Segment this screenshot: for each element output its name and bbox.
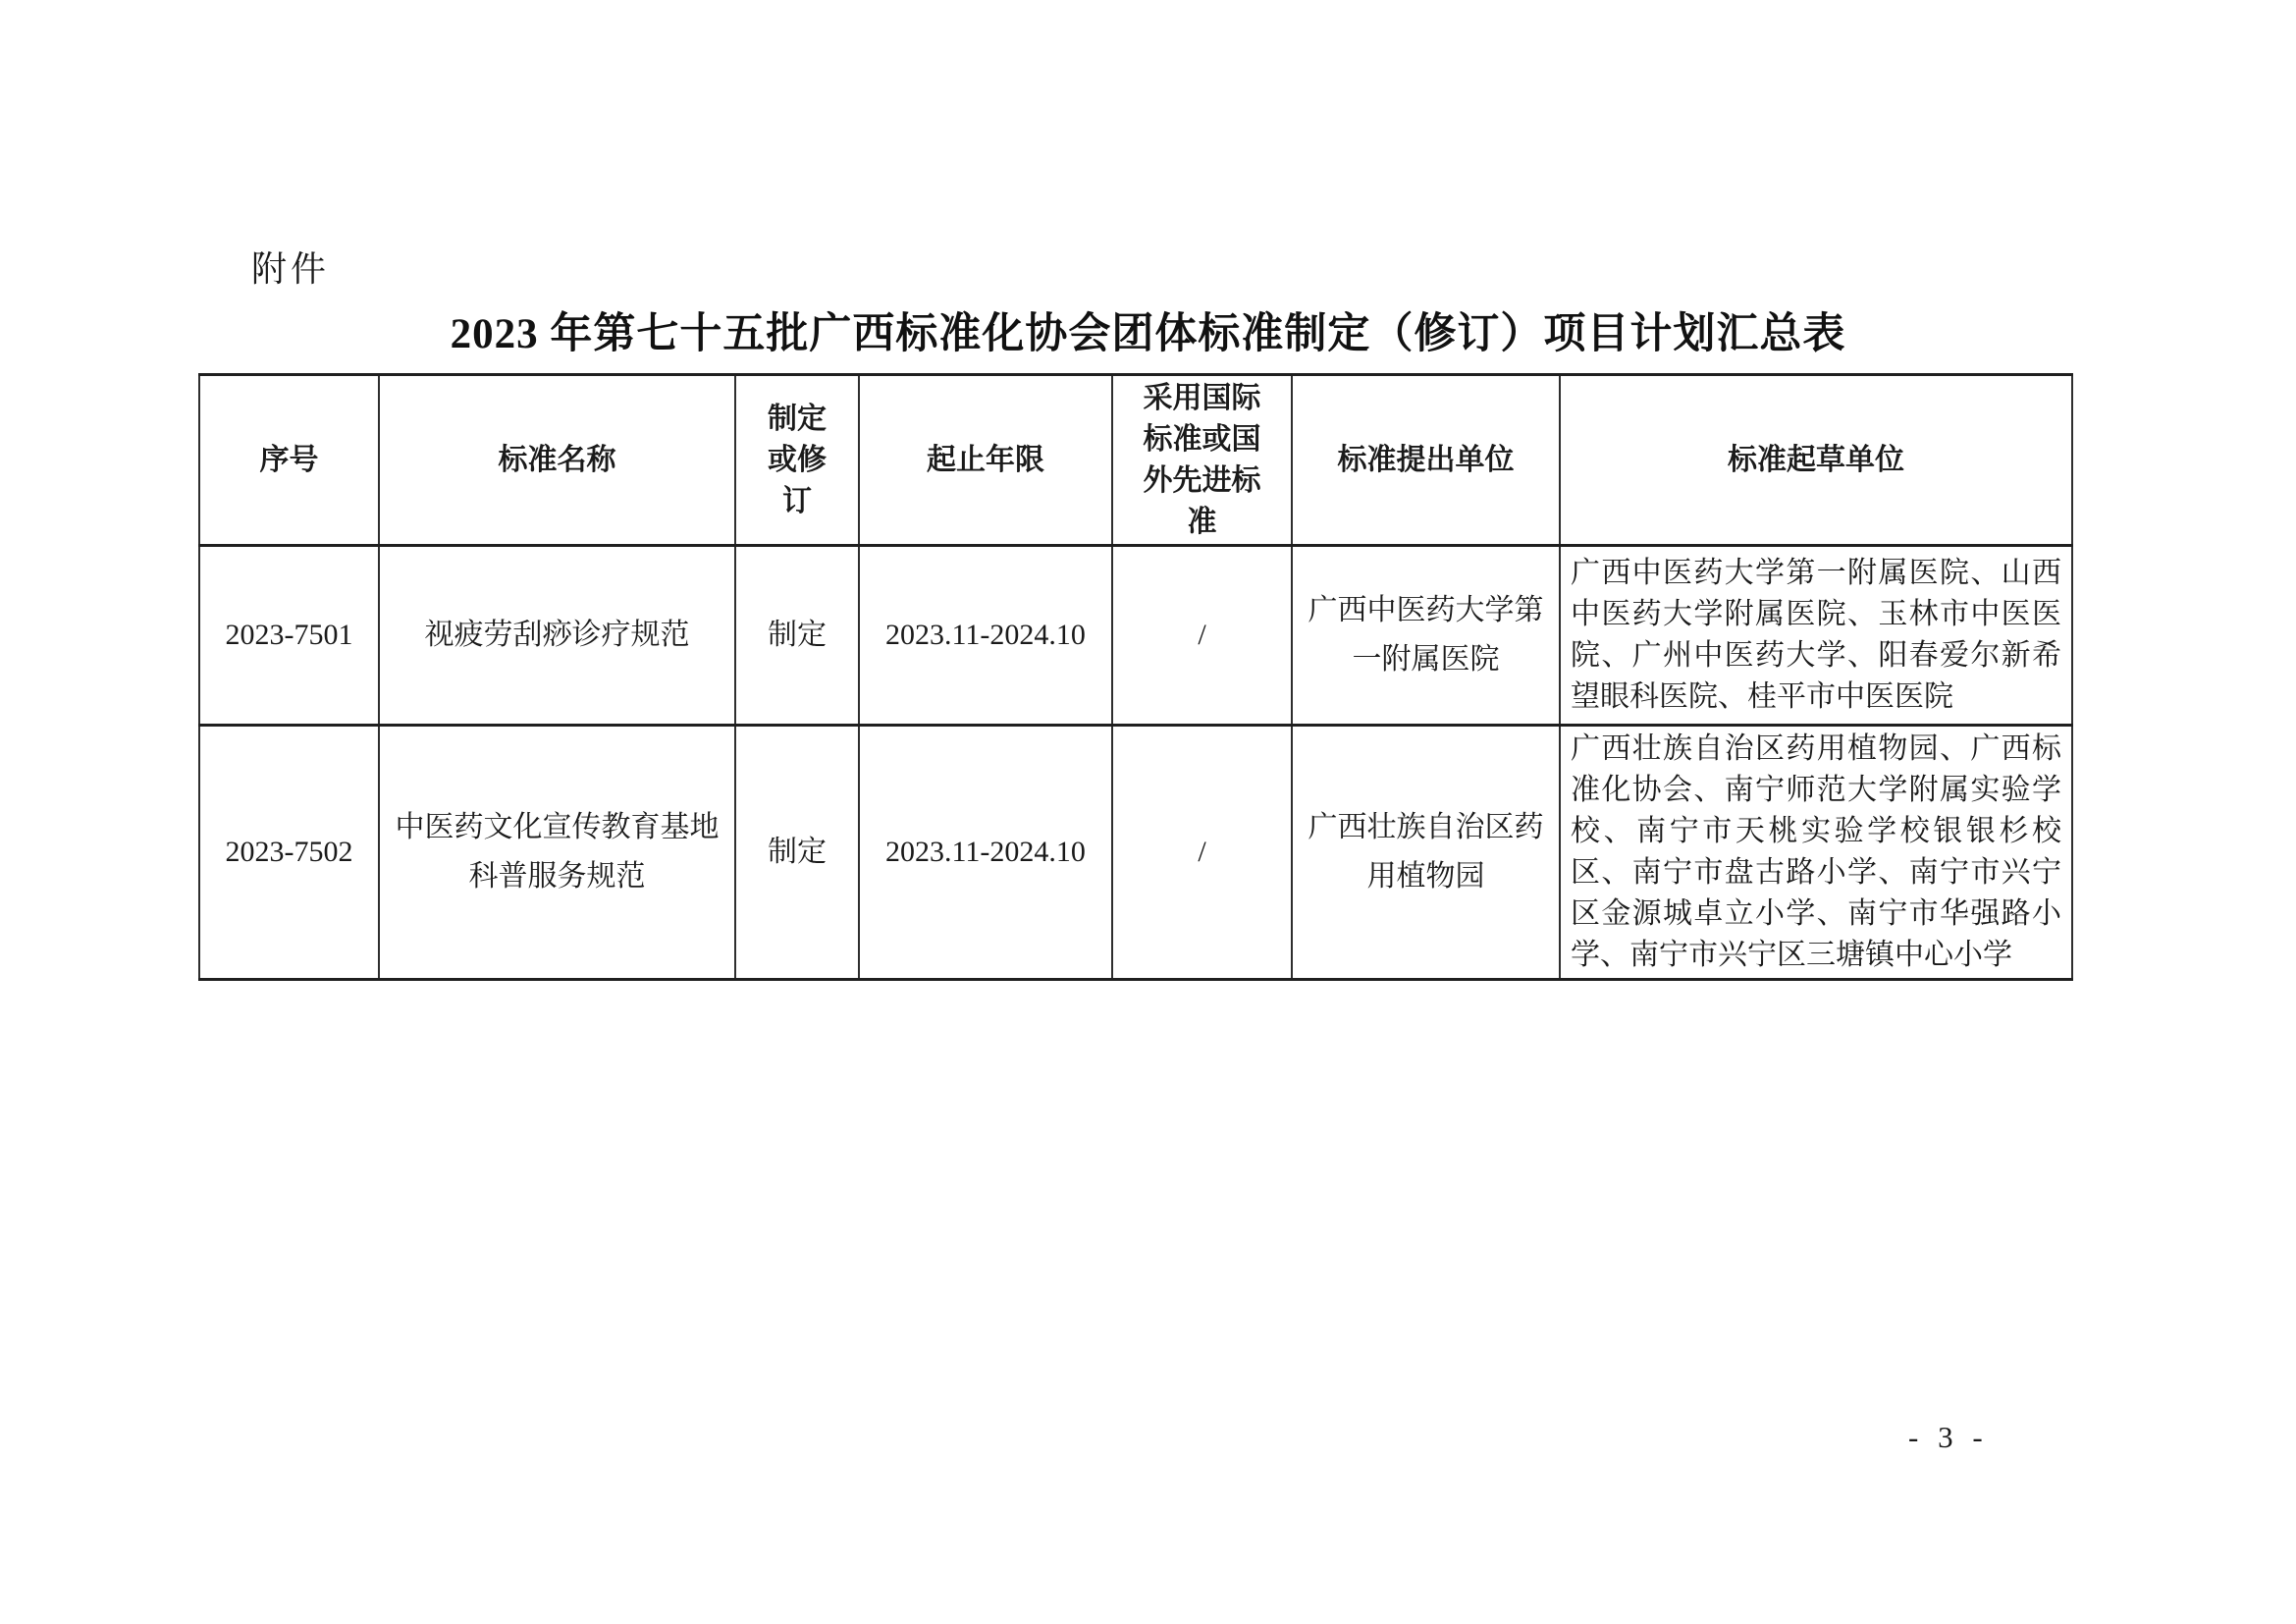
col-header-drafters: 标准起草单位 bbox=[1560, 375, 2072, 546]
col-header-formulate-or-revise: 制定或修订 bbox=[735, 375, 859, 546]
cell-period: 2023.11-2024.10 bbox=[859, 726, 1112, 980]
table-header-row: 序号 标准名称 制定或修订 起止年限 采用国际标准或国外先进标准 标准提出单位 … bbox=[199, 375, 2072, 546]
cell-intl-standard: / bbox=[1112, 726, 1292, 980]
cell-drafters: 广西壮族自治区药用植物园、广西标准化协会、南宁师范大学附属实验学校、南宁市天桃实… bbox=[1560, 726, 2072, 980]
cell-standard-name: 中医药文化宣传教育基地科普服务规范 bbox=[379, 726, 735, 980]
cell-proposer: 广西壮族自治区药用植物园 bbox=[1292, 726, 1560, 980]
col-header-seq: 序号 bbox=[199, 375, 379, 546]
cell-standard-name: 视疲劳刮痧诊疗规范 bbox=[379, 546, 735, 726]
cell-seq: 2023-7502 bbox=[199, 726, 379, 980]
col-header-period: 起止年限 bbox=[859, 375, 1112, 546]
cell-period: 2023.11-2024.10 bbox=[859, 546, 1112, 726]
table-row: 2023-7502 中医药文化宣传教育基地科普服务规范 制定 2023.11-2… bbox=[199, 726, 2072, 980]
page-number: - 3 - bbox=[1908, 1420, 1983, 1455]
page-title: 2023 年第七十五批广西标准化协会团体标准制定（修订）项目计划汇总表 bbox=[0, 300, 2296, 360]
col-header-proposer: 标准提出单位 bbox=[1292, 375, 1560, 546]
cell-formulate-or-revise: 制定 bbox=[735, 726, 859, 980]
cell-proposer: 广西中医药大学第一附属医院 bbox=[1292, 546, 1560, 726]
cell-formulate-or-revise: 制定 bbox=[735, 546, 859, 726]
col-header-intl-standard: 采用国际标准或国外先进标准 bbox=[1112, 375, 1292, 546]
document-page: 附件 2023 年第七十五批广西标准化协会团体标准制定（修订）项目计划汇总表 序… bbox=[0, 0, 2296, 1624]
cell-intl-standard: / bbox=[1112, 546, 1292, 726]
table-row: 2023-7501 视疲劳刮痧诊疗规范 制定 2023.11-2024.10 /… bbox=[199, 546, 2072, 726]
attachment-label: 附件 bbox=[251, 242, 330, 292]
standards-plan-table: 序号 标准名称 制定或修订 起止年限 采用国际标准或国外先进标准 标准提出单位 … bbox=[198, 373, 2073, 981]
cell-seq: 2023-7501 bbox=[199, 546, 379, 726]
cell-drafters: 广西中医药大学第一附属医院、山西中医药大学附属医院、玉林市中医医院、广州中医药大… bbox=[1560, 546, 2072, 726]
col-header-standard-name: 标准名称 bbox=[379, 375, 735, 546]
